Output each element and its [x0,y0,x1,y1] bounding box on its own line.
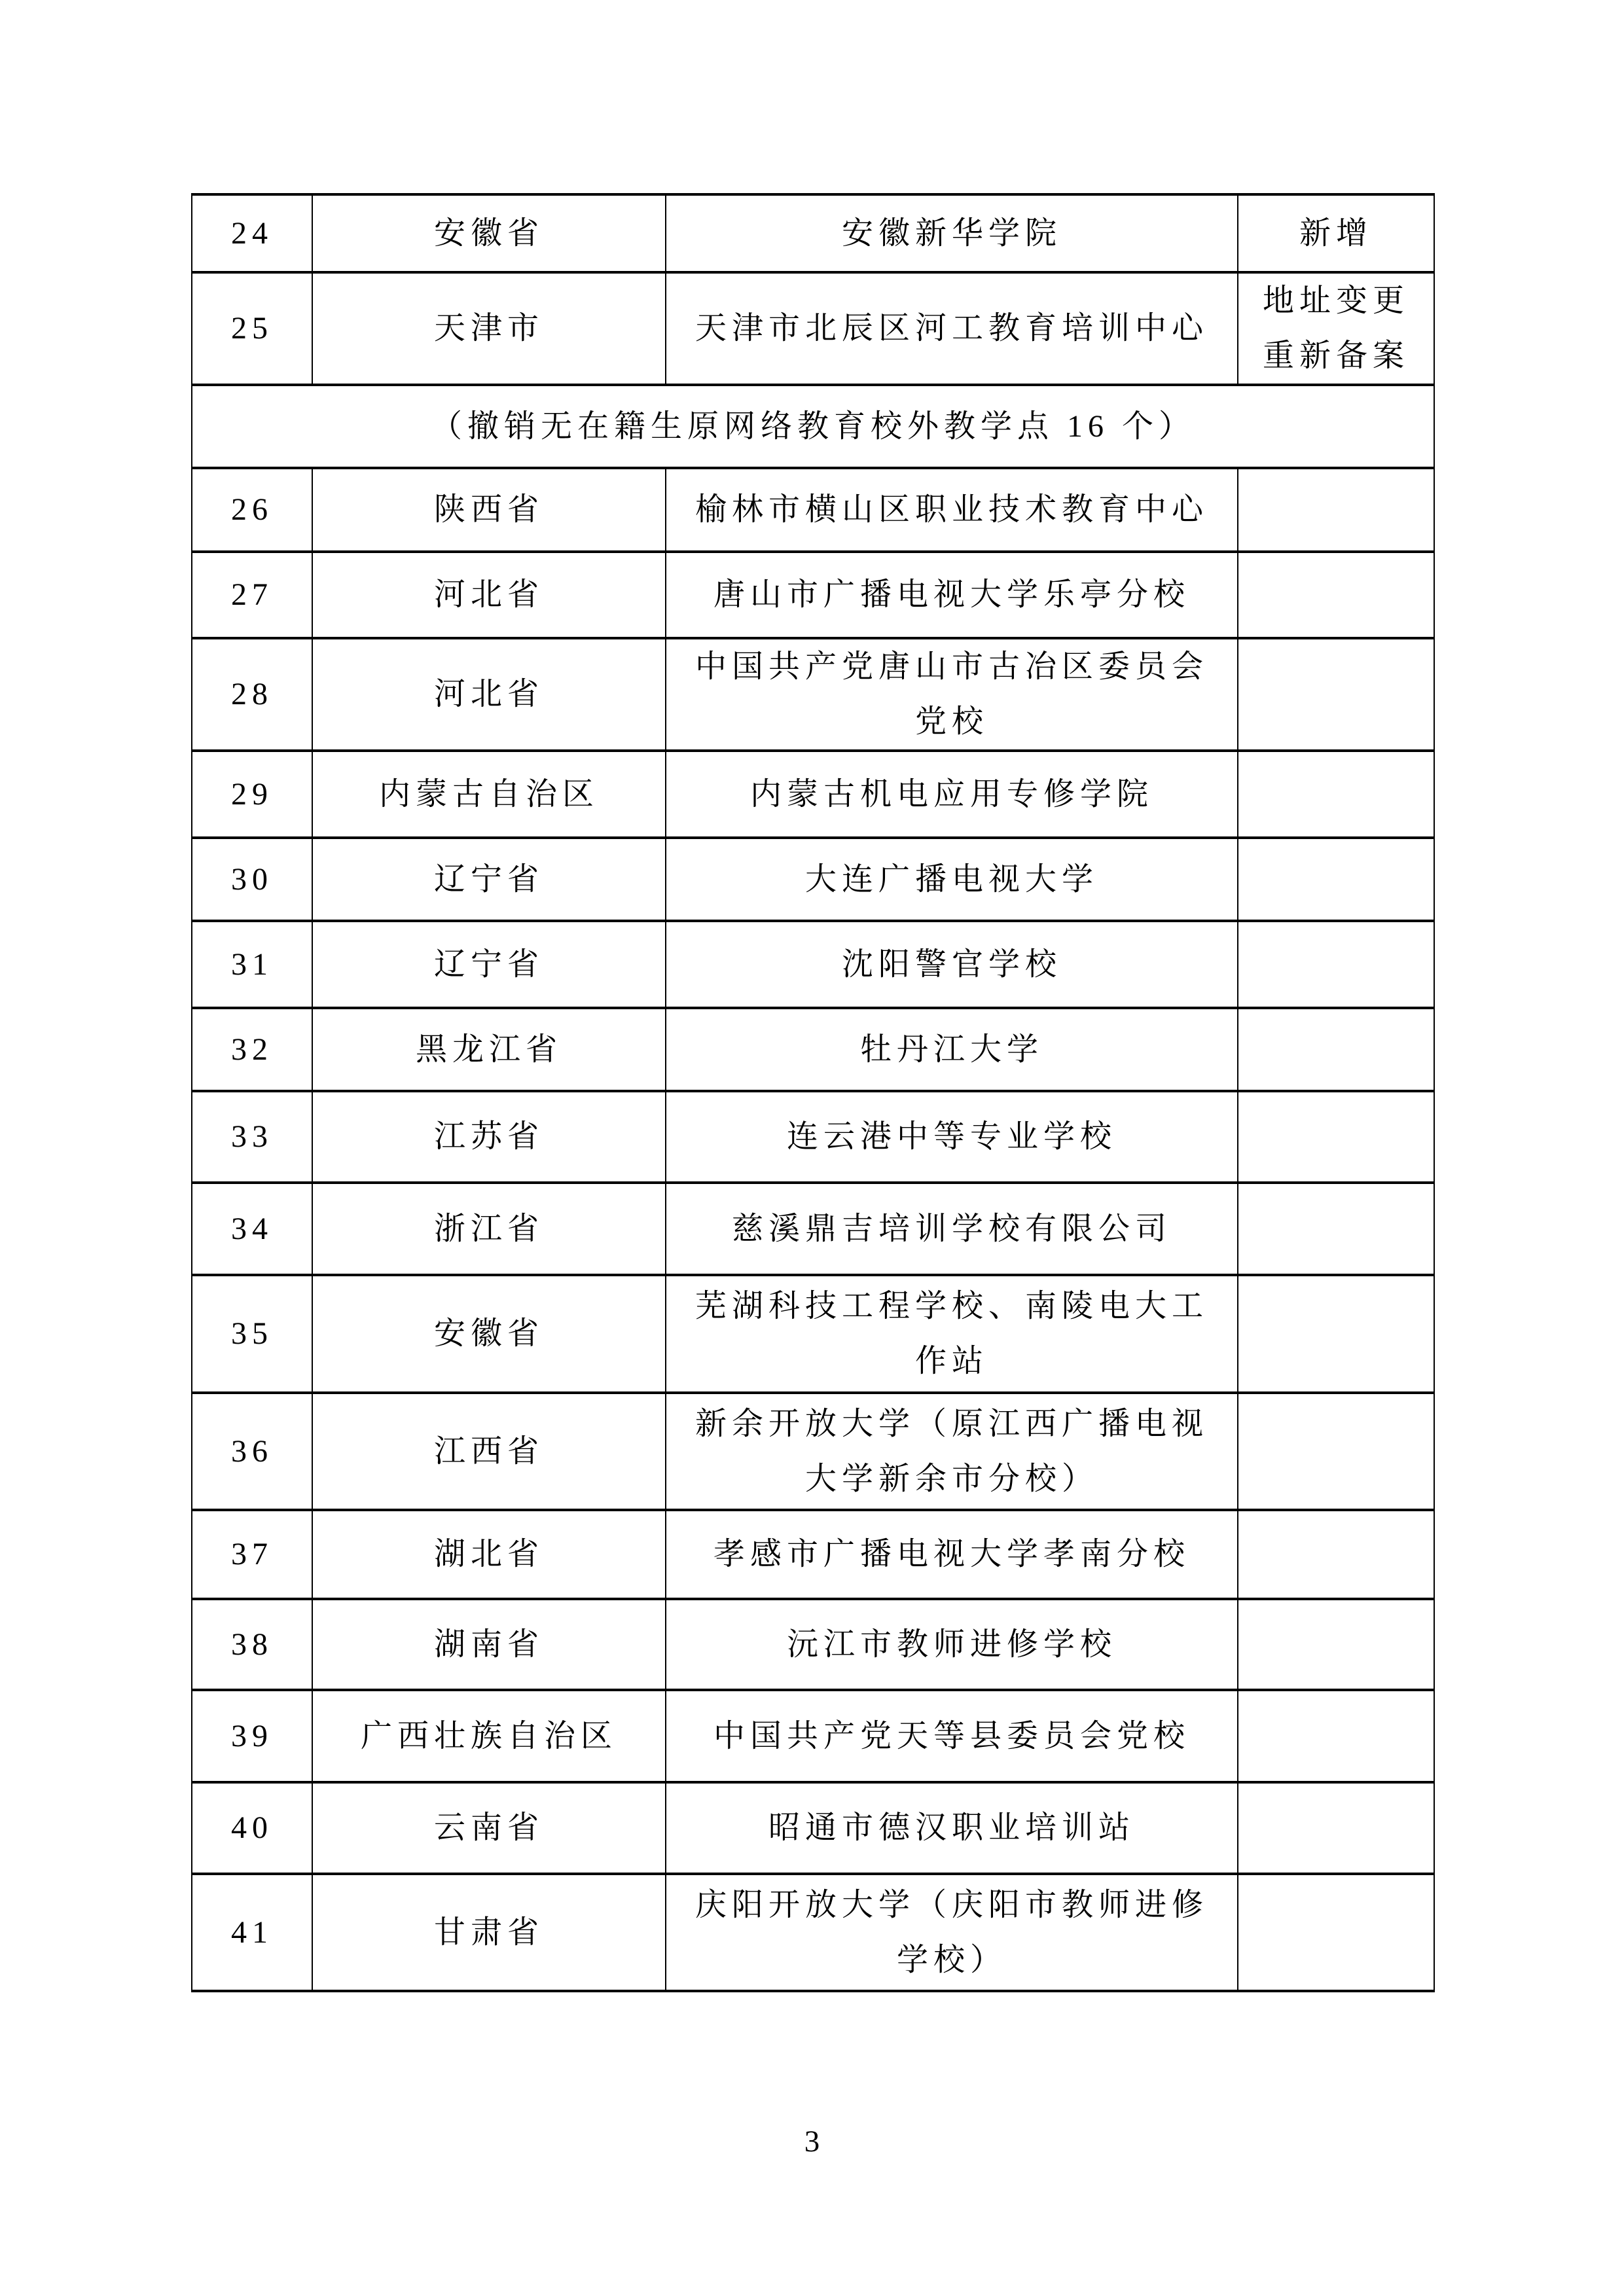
remark-cell [1238,1008,1434,1091]
table-row: 25天津市天津市北辰区河工教育培训中心地址变更 重新备案 [192,272,1434,385]
province-cell: 江苏省 [312,1091,666,1183]
province-cell: 江西省 [312,1393,666,1510]
table-row: 32黑龙江省牡丹江大学 [192,1008,1434,1091]
province-cell: 湖北省 [312,1510,666,1599]
table-row: 29内蒙古自治区内蒙古机电应用专修学院 [192,751,1434,838]
institution-cell: 孝感市广播电视大学孝南分校 [666,1510,1238,1599]
note-row: （撤销无在籍生原网络教育校外教学点 16 个） [192,385,1434,468]
institution-cell: 连云港中等专业学校 [666,1091,1238,1183]
institution-cell: 牡丹江大学 [666,1008,1238,1091]
province-cell: 河北省 [312,638,666,751]
remark-cell [1238,1393,1434,1510]
table-row: 35安徽省芜湖科技工程学校、南陵电大工 作站 [192,1275,1434,1393]
remark-cell [1238,751,1434,838]
institution-cell: 新余开放大学（原江西广播电视 大学新余市分校） [666,1393,1238,1510]
province-cell: 天津市 [312,272,666,385]
row-number-cell: 36 [192,1393,312,1510]
revocation-note-cell: （撤销无在籍生原网络教育校外教学点 16 个） [192,385,1434,468]
table-row: 27河北省唐山市广播电视大学乐亭分校 [192,552,1434,638]
province-cell: 辽宁省 [312,921,666,1008]
row-number-cell: 29 [192,751,312,838]
table-row: 31辽宁省沈阳警官学校 [192,921,1434,1008]
table-row: 34浙江省慈溪鼎吉培训学校有限公司 [192,1183,1434,1275]
backup-table-body: 24安徽省安徽新华学院新增25天津市天津市北辰区河工教育培训中心地址变更 重新备… [192,194,1434,1991]
province-cell: 湖南省 [312,1599,666,1690]
row-number-cell: 37 [192,1510,312,1599]
row-number-cell: 39 [192,1690,312,1782]
province-cell: 云南省 [312,1782,666,1874]
remark-cell [1238,921,1434,1008]
table-row: 28河北省中国共产党唐山市古冶区委员会 党校 [192,638,1434,751]
table-row: 26陕西省榆林市横山区职业技术教育中心 [192,468,1434,552]
province-cell: 内蒙古自治区 [312,751,666,838]
remark-cell [1238,1782,1434,1874]
table-row: 36江西省新余开放大学（原江西广播电视 大学新余市分校） [192,1393,1434,1510]
institution-cell: 中国共产党唐山市古冶区委员会 党校 [666,638,1238,751]
remark-cell [1238,1874,1434,1991]
province-cell: 浙江省 [312,1183,666,1275]
row-number-cell: 31 [192,921,312,1008]
table-row: 24安徽省安徽新华学院新增 [192,194,1434,272]
province-cell: 安徽省 [312,1275,666,1393]
row-number-cell: 32 [192,1008,312,1091]
remark-cell: 新增 [1238,194,1434,272]
province-cell: 广西壮族自治区 [312,1690,666,1782]
remark-cell [1238,1091,1434,1183]
remark-cell [1238,552,1434,638]
table-row: 37湖北省孝感市广播电视大学孝南分校 [192,1510,1434,1599]
remark-cell [1238,1183,1434,1275]
remark-cell [1238,638,1434,751]
institution-cell: 大连广播电视大学 [666,838,1238,921]
row-number-cell: 25 [192,272,312,385]
table-row: 33江苏省连云港中等专业学校 [192,1091,1434,1183]
table-row: 30辽宁省大连广播电视大学 [192,838,1434,921]
institution-cell: 天津市北辰区河工教育培训中心 [666,272,1238,385]
institution-cell: 芜湖科技工程学校、南陵电大工 作站 [666,1275,1238,1393]
remark-cell [1238,1599,1434,1690]
row-number-cell: 41 [192,1874,312,1991]
row-number-cell: 34 [192,1183,312,1275]
province-cell: 陕西省 [312,468,666,552]
institution-cell: 庆阳开放大学（庆阳市教师进修 学校） [666,1874,1238,1991]
row-number-cell: 40 [192,1782,312,1874]
institution-cell: 榆林市横山区职业技术教育中心 [666,468,1238,552]
row-number-cell: 35 [192,1275,312,1393]
row-number-cell: 27 [192,552,312,638]
row-number-cell: 28 [192,638,312,751]
institution-cell: 中国共产党天等县委员会党校 [666,1690,1238,1782]
institution-backup-table: 24安徽省安徽新华学院新增25天津市天津市北辰区河工教育培训中心地址变更 重新备… [191,193,1435,1992]
table-row: 38湖南省沅江市教师进修学校 [192,1599,1434,1690]
institution-cell: 安徽新华学院 [666,194,1238,272]
institution-cell: 慈溪鼎吉培训学校有限公司 [666,1183,1238,1275]
document-page: { "page": { "number": "3" }, "colors": {… [0,0,1624,2296]
row-number-cell: 30 [192,838,312,921]
province-cell: 辽宁省 [312,838,666,921]
institution-cell: 昭通市德汉职业培训站 [666,1782,1238,1874]
table-row: 40云南省昭通市德汉职业培训站 [192,1782,1434,1874]
institution-cell: 内蒙古机电应用专修学院 [666,751,1238,838]
province-cell: 河北省 [312,552,666,638]
row-number-cell: 26 [192,468,312,552]
institution-cell: 唐山市广播电视大学乐亭分校 [666,552,1238,638]
remark-cell [1238,1690,1434,1782]
institution-cell: 沈阳警官学校 [666,921,1238,1008]
province-cell: 黑龙江省 [312,1008,666,1091]
remark-cell: 地址变更 重新备案 [1238,272,1434,385]
province-cell: 甘肃省 [312,1874,666,1991]
page-number: 3 [0,2122,1624,2161]
province-cell: 安徽省 [312,194,666,272]
remark-cell [1238,1510,1434,1599]
row-number-cell: 24 [192,194,312,272]
remark-cell [1238,468,1434,552]
table-row: 41甘肃省庆阳开放大学（庆阳市教师进修 学校） [192,1874,1434,1991]
remark-cell [1238,838,1434,921]
remark-cell [1238,1275,1434,1393]
institution-cell: 沅江市教师进修学校 [666,1599,1238,1690]
row-number-cell: 38 [192,1599,312,1690]
table-row: 39广西壮族自治区中国共产党天等县委员会党校 [192,1690,1434,1782]
row-number-cell: 33 [192,1091,312,1183]
